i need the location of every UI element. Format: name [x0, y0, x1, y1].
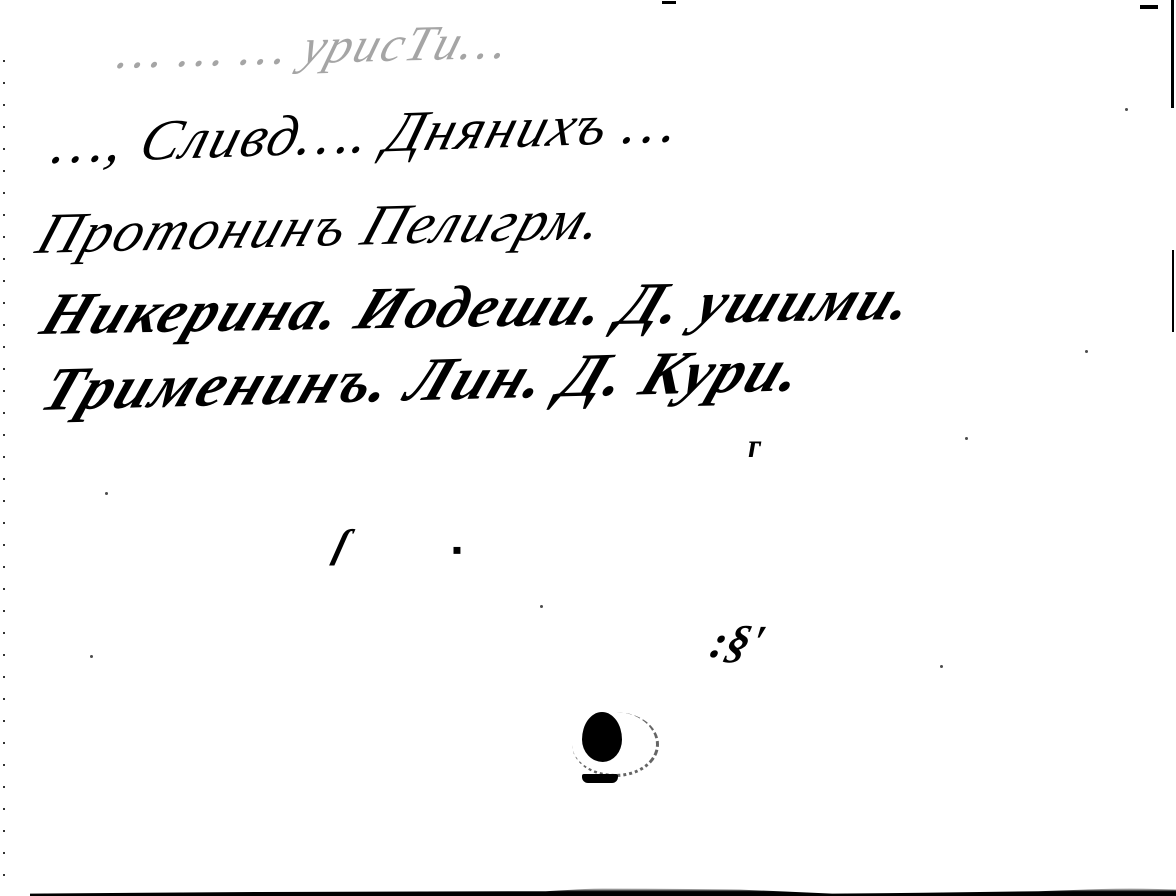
ink-mark-numeral: :§' [705, 615, 770, 668]
handwritten-line-2: …, Сливд…. Днянихъ … [45, 88, 689, 177]
speckle [90, 655, 93, 658]
speckle [1125, 108, 1128, 111]
handwritten-line-1: … … … урисТи… [111, 12, 518, 80]
speckle [940, 665, 943, 668]
ink-blot [582, 712, 622, 762]
manuscript-page: … … … урисТи… …, Сливд…. Днянихъ … Прото… [0, 0, 1176, 896]
right-page-edge-lower [1172, 250, 1174, 332]
speckle [965, 437, 968, 440]
left-page-edge [3, 60, 5, 880]
speckle [540, 605, 543, 608]
ink-blot-smear [582, 774, 618, 783]
top-dash-mark [662, 1, 676, 4]
right-page-edge [1171, 0, 1174, 108]
top-right-corner-mark [1140, 5, 1158, 9]
handwritten-line-3: Протонинъ Пелигрм. [29, 185, 615, 267]
ink-mark-dot: ▪ [452, 535, 462, 567]
ink-mark-stroke: ſ [329, 520, 355, 567]
handwritten-line-5: Трименинъ. Лин. Д. Кури. [32, 335, 816, 426]
speckle [1085, 350, 1088, 353]
ink-mark-corner: ᴦ [748, 428, 761, 466]
speckle [105, 492, 108, 495]
bottom-torn-edge [30, 888, 1176, 896]
